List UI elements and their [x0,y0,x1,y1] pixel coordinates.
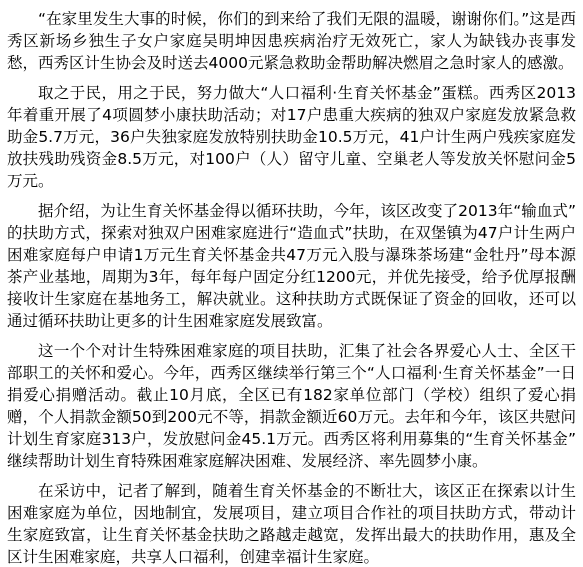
paragraph: “在家里发生大事的时候，你们的到来给了我们无限的温暖，谢谢你们。”这是西秀区新场… [7,8,576,74]
paragraph: 据介绍，为让生育关怀基金得以循环扶助，今年，该区改变了2013年“输血式”的扶助… [7,200,576,332]
document-page: “在家里发生大事的时候，你们的到来给了我们无限的温暖，谢谢你们。”这是西秀区新场… [0,0,583,567]
paragraph: 取之于民，用之于民，努力做大“人口福利·生育关怀基金”蛋糕。西秀区2013年着重… [7,82,576,192]
paragraph: 在采访中，记者了解到，随着生育关怀基金的不断壮大，该区正在探索以计生困难家庭为单… [7,480,576,567]
article-body: “在家里发生大事的时候，你们的到来给了我们无限的温暖，谢谢你们。”这是西秀区新场… [7,8,576,567]
paragraph: 这一个个对计生特殊困难家庭的项目扶助，汇集了社会各界爱心人士、全区干部职工的关怀… [7,340,576,472]
